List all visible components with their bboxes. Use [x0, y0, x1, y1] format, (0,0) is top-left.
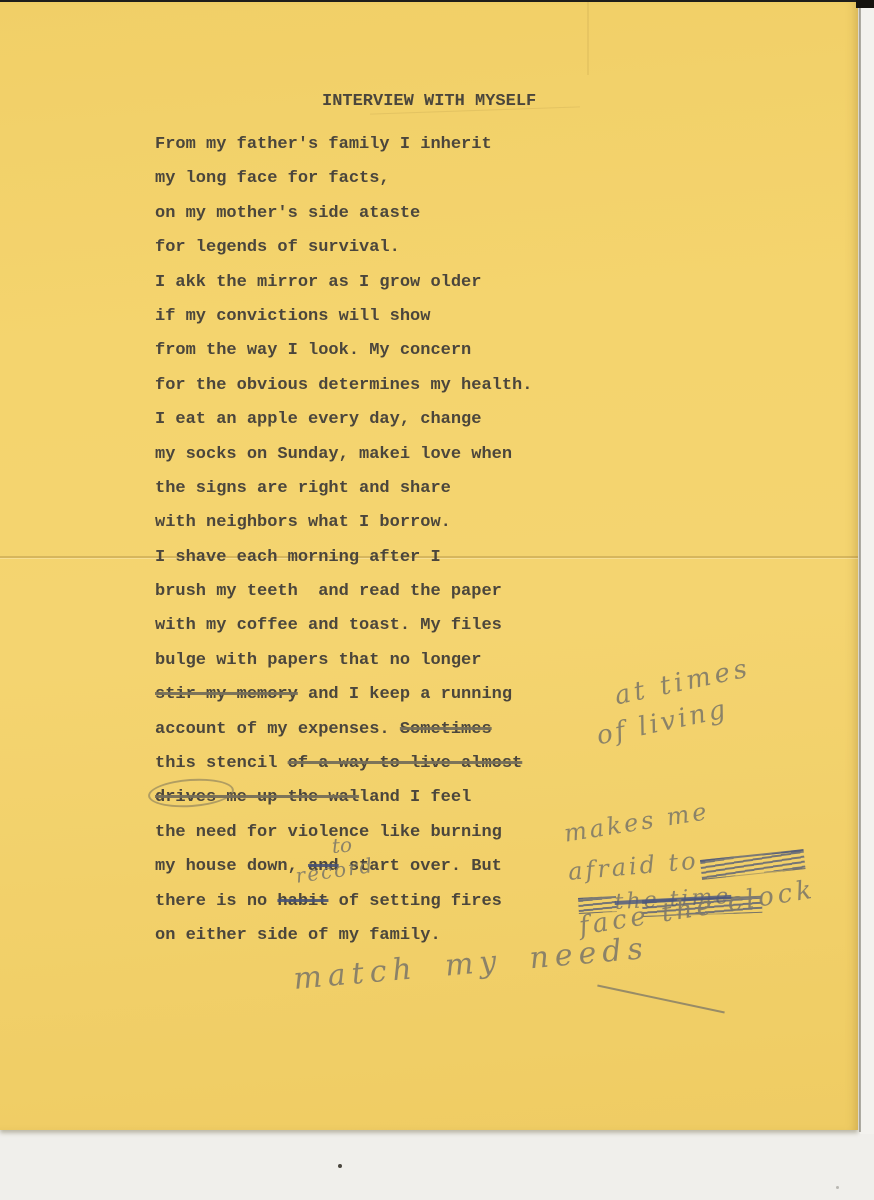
handwritten-to-insertion: to	[331, 833, 353, 858]
typed-line: my long face for facts,	[155, 162, 532, 196]
faint-vertical-crease	[587, 0, 589, 75]
typed-line: on my mother's side ataste	[155, 197, 532, 231]
typed-line: I shave each morning after I	[155, 541, 532, 575]
handwritten-afraid-to: afraid to	[567, 847, 700, 886]
typed-line: my socks on Sunday, makei love when	[155, 438, 532, 472]
typed-line: for legends of survival.	[155, 231, 532, 265]
typed-line: account of my expenses. Sometimes	[155, 713, 532, 747]
paper-sheet: INTERVIEW WITH MYSELF From my father's f…	[0, 0, 858, 1130]
paper-edge-shadow	[859, 0, 861, 1132]
typed-line: for the obvious determines my health.	[155, 369, 532, 403]
typed-line: with my coffee and toast. My files	[155, 609, 532, 643]
typed-line: bulge with papers that no longer	[155, 644, 532, 678]
typed-line: I akk the mirror as I grow older	[155, 266, 532, 300]
typed-line: stir my memory and I keep a running	[155, 678, 532, 712]
typed-line: the signs are right and share	[155, 472, 532, 506]
dust-speck	[338, 1164, 342, 1168]
handwritten-makes-me: makes me	[562, 797, 711, 848]
scribbled-out-word	[700, 849, 806, 880]
typed-line: with neighbors what I borrow.	[155, 506, 532, 540]
scanner-edge-strip	[860, 0, 874, 1134]
typed-line: brush my teeth and read the paper	[155, 575, 532, 609]
dust-speck	[836, 1186, 839, 1189]
typed-line: From my father's family I inherit	[155, 128, 532, 162]
scanned-document: INTERVIEW WITH MYSELF From my father's f…	[0, 0, 874, 1200]
scan-corner-mark	[856, 0, 874, 8]
typed-line: this stencil of a way to live almost	[155, 747, 532, 781]
typed-line: I eat an apple every day, change	[155, 403, 532, 437]
typed-line: there is no habit of setting fires	[155, 885, 532, 919]
typed-line: from the way I look. My concern	[155, 334, 532, 368]
handwritten-of-living: of living	[594, 694, 731, 751]
poem-body: From my father's family I inheritmy long…	[155, 128, 532, 953]
pencil-flourish-stroke	[597, 985, 725, 1014]
scan-top-edge	[0, 0, 874, 2]
poem-title: INTERVIEW WITH MYSELF	[322, 92, 536, 111]
typed-line: if my convictions will show	[155, 300, 532, 334]
